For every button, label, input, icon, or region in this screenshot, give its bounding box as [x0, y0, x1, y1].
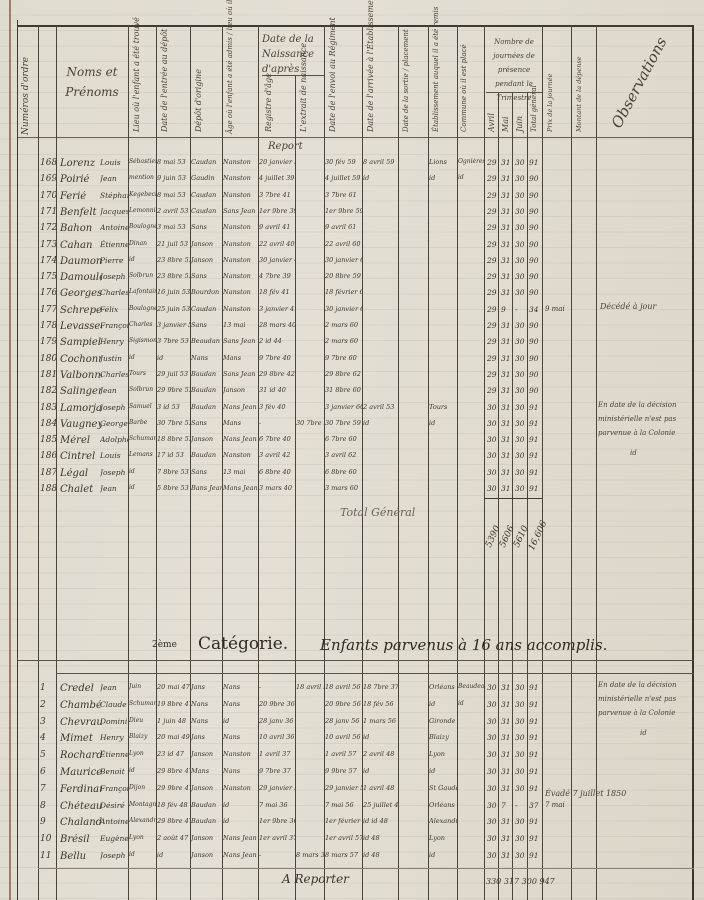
row-number: 7	[40, 784, 56, 794]
days-avril: 30	[487, 784, 498, 793]
etablissement: Gironde	[429, 717, 457, 725]
days-juin: 30	[515, 207, 526, 216]
surname: Lamorjaïe	[60, 403, 102, 414]
days-mai: 31	[501, 484, 512, 493]
placement: 13 mai	[223, 321, 258, 329]
envoi-date: 3 avril 62	[325, 451, 362, 459]
arrivee-date: id id 48	[363, 817, 398, 825]
placement: Nans	[223, 683, 258, 691]
first-name: Georges	[100, 419, 128, 428]
placement: Nans Jean	[223, 435, 258, 443]
row-number: 8	[40, 801, 56, 811]
days-mai: 31	[501, 207, 512, 216]
row-number: 179	[40, 337, 56, 347]
registre-date: 10 avril 36	[259, 733, 295, 741]
entry-date: 18 fév 48	[157, 801, 190, 809]
days-avril: 30	[487, 750, 498, 759]
days-total: 91	[529, 767, 542, 776]
surname: Lorenz	[60, 158, 102, 169]
days-mai: 31	[501, 717, 512, 726]
header-arrivee: Date de l'arrivée à l'Établissement	[366, 0, 375, 132]
first-name: Joseph	[100, 468, 128, 477]
days-juin: 30	[515, 386, 526, 395]
registre-date: 2 id 44	[259, 337, 295, 345]
depot: Bourdon	[191, 288, 222, 296]
placement: Nanston	[223, 272, 258, 280]
placement: Nanston	[223, 158, 258, 166]
birthplace: Schuman	[129, 700, 157, 707]
table-row: 181ValbonneCharlesTours29 juil 53BaudanS…	[0, 367, 704, 382]
header-sortie: Date de la sortie / placement	[402, 29, 411, 132]
etablissement: Alexandre	[429, 817, 457, 825]
category-title: Catégorie.	[198, 634, 288, 654]
days-total: 91	[529, 468, 542, 477]
days-total: 90	[529, 272, 542, 281]
days-mai: 31	[501, 240, 512, 249]
days-avril: 29	[487, 386, 498, 395]
birthplace: Charles	[129, 321, 157, 328]
days-juin: 30	[515, 700, 526, 709]
table-row: 174DaumontPierreid23 8bre 53JansonNansto…	[0, 253, 704, 268]
row-number: 4	[40, 733, 56, 743]
entry-date: 21 juil 53	[157, 240, 190, 248]
row-number: 185	[40, 435, 56, 445]
envoi-date: 9 9bre 57	[325, 767, 362, 775]
depot: Janson	[191, 834, 222, 842]
entry-date: 3 mai 53	[157, 223, 190, 231]
placement: Mans	[223, 419, 258, 427]
days-mai: 31	[501, 733, 512, 742]
birthplace: id	[129, 354, 157, 361]
birthplace: Dinan	[129, 240, 157, 247]
first-name: Claude	[100, 700, 128, 709]
placement: Mans	[223, 354, 258, 362]
registre-date: 3 fév 40	[259, 403, 295, 411]
placement: Nanston	[223, 305, 258, 313]
envoi-date: 30 fév 59	[325, 158, 362, 166]
arrivee-date: 18 7bre 37	[363, 683, 398, 691]
envoi-date: 9 7bre 60	[325, 354, 362, 362]
surname: Ferié	[60, 191, 102, 202]
envoi-date: 10 avril 56	[325, 733, 362, 741]
days-total: 91	[529, 158, 542, 167]
a-reporter-label: A Reporter	[282, 872, 349, 886]
depot: Baudan	[191, 386, 222, 394]
envoi-date: 28 janv 56	[325, 717, 362, 725]
etablissement: id	[429, 851, 457, 859]
surname: Levasseur	[60, 321, 102, 332]
registre-date: 6 7bre 40	[259, 435, 295, 443]
days-avril: 30	[487, 683, 498, 692]
placement: Sans Jean	[223, 207, 258, 215]
birthplace: Lemans	[129, 451, 157, 458]
surname: Poirié	[60, 174, 102, 185]
days-juin: 30	[515, 834, 526, 843]
surname: Damoulé	[60, 272, 102, 283]
header-extrait: L'extrait de naissance	[299, 43, 308, 132]
days-juin: 30	[515, 370, 526, 379]
registre-date: 9 7bre 40	[259, 354, 295, 362]
total-general-label: Total Général	[340, 506, 415, 519]
etablissement: Orléans	[429, 683, 457, 691]
days-mai: 31	[501, 750, 512, 759]
days-avril: 29	[487, 354, 498, 363]
days-juin: 30	[515, 767, 526, 776]
days-juin: 30	[515, 191, 526, 200]
days-total: 91	[529, 403, 542, 412]
row-number: 172	[40, 223, 56, 233]
days-juin: 30	[515, 817, 526, 826]
row-number: 3	[40, 717, 56, 727]
depot: Baudan	[191, 403, 222, 411]
days-juin: 30	[515, 683, 526, 692]
table-row: 11BelluJosephididJansonNans Jean-8 mars …	[0, 848, 704, 863]
depot: Janson	[191, 851, 222, 859]
envoi-date: 20 8bre 59	[325, 272, 362, 280]
entry-date: id	[157, 354, 190, 362]
header-total: Total général	[530, 85, 539, 132]
registre-date: 3 mars 40	[259, 484, 295, 492]
entry-date: 30 7bre 53	[157, 419, 190, 427]
arrivee-date: id	[363, 419, 398, 427]
registre-date: 1 avril 37	[259, 750, 295, 758]
registre-date: 29 8bre 42	[259, 370, 295, 378]
entry-date: 29 9bre 53	[157, 386, 190, 394]
observation-note-id: id	[630, 446, 637, 460]
depot: Baudan	[191, 370, 222, 378]
birthplace: id	[129, 767, 157, 774]
entry-date: 8 mai 53	[157, 158, 190, 166]
envoi-date: 1 avril 57	[325, 750, 362, 758]
entry-date: 9 juin 53	[157, 174, 190, 182]
first-name: Benoit	[100, 767, 128, 776]
row-number: 174	[40, 256, 56, 266]
days-mai: 31	[501, 256, 512, 265]
registre-date: 20 9bre 36	[259, 700, 295, 708]
row-number: 182	[40, 386, 56, 396]
days-avril: 30	[487, 851, 498, 860]
placement: Nanston	[223, 191, 258, 199]
placement: Nanston	[223, 174, 258, 182]
surname: Rochard	[60, 750, 102, 761]
depot: Nans	[191, 717, 222, 725]
placement: Nans Jean	[223, 834, 258, 842]
days-total: 91	[529, 435, 542, 444]
row-number: 11	[40, 851, 56, 861]
etablissement: id	[429, 174, 457, 182]
category-subtitle: Enfants parvenus à 16 ans accomplis.	[320, 636, 607, 654]
days-avril: 29	[487, 158, 498, 167]
placement: Nans	[223, 733, 258, 741]
header-observations: Observations	[612, 36, 667, 129]
first-name: Étienne	[100, 240, 128, 249]
days-mai: 31	[501, 451, 512, 460]
etablissement: St Gaudens	[429, 784, 457, 792]
observation-note-deces: Décédé à jour	[600, 300, 656, 314]
first-name: Henry	[100, 337, 128, 346]
header-envoi: Date de l'envoi au Régiment	[328, 17, 337, 132]
days-avril: 30	[487, 733, 498, 742]
etablissement: id	[429, 700, 457, 708]
table-row: 187LégalJosephid7 8bre 53Sans13 mai6 8br…	[0, 465, 704, 480]
row-number: 187	[40, 468, 56, 478]
depot: Bans Jean	[191, 484, 222, 492]
first-name: François	[100, 784, 128, 793]
birthplace: Lyon	[129, 750, 157, 757]
depot: Nans	[191, 354, 222, 362]
depot: Sans	[191, 272, 222, 280]
days-avril: 30	[487, 767, 498, 776]
surname: Chambége	[60, 700, 102, 711]
days-juin: 30	[515, 851, 526, 860]
header-juin: Juin	[515, 116, 524, 132]
row-number: 186	[40, 451, 56, 461]
surname: Chalet	[60, 484, 102, 495]
birthplace: id	[129, 484, 157, 491]
envoi-date: 29 janvier 57	[325, 784, 362, 792]
depot: Baudan	[191, 801, 222, 809]
days-avril: 29	[487, 240, 498, 249]
header-numero: Numéros d'ordre	[22, 57, 31, 135]
envoi-date: 30 7bre 59	[325, 419, 362, 427]
entry-date: 7 8bre 53	[157, 468, 190, 476]
header-prix: Prix de la journée	[546, 74, 555, 133]
days-mai: 31	[501, 288, 512, 297]
registre-date: 6 8bre 40	[259, 468, 295, 476]
surname: Cintrel	[60, 451, 102, 462]
birthplace: Sébastien	[129, 158, 157, 165]
registre-date: 22 avril 40	[259, 240, 295, 248]
envoi-date: 9 avril 61	[325, 223, 362, 231]
registre-date: 29 janvier 37	[259, 784, 295, 792]
envoi-date: 30 janvier 62	[325, 256, 362, 264]
days-juin: 30	[515, 272, 526, 281]
days-avril: 30	[487, 468, 498, 477]
table-row: 169PoiriéJeanmention9 juin 53GaudinNanst…	[0, 171, 704, 186]
placement: Sans Jean	[223, 337, 258, 345]
placement: Janson	[223, 386, 258, 394]
birthplace: id	[129, 256, 157, 263]
birthplace: Alexandre	[129, 817, 157, 824]
birthplace: Samuel	[129, 403, 157, 410]
placement: Nanston	[223, 223, 258, 231]
registre-date: 4 juillet 39	[259, 174, 295, 182]
registre-date: 20 janvier 39	[259, 158, 295, 166]
days-mai: 31	[501, 784, 512, 793]
days-total: 91	[529, 717, 542, 726]
first-name: Jean	[100, 386, 128, 395]
depot: Sans	[191, 223, 222, 231]
registre-date: 1er avril 37	[259, 834, 295, 842]
days-total: 90	[529, 191, 542, 200]
header-etablissement: Établissement auquel il a été remis	[432, 7, 441, 132]
first-name: Félix	[100, 305, 128, 314]
depot: Caudan	[191, 158, 222, 166]
days-mai: 31	[501, 223, 512, 232]
first-name: Jacques	[100, 207, 128, 216]
row-number: 10	[40, 834, 56, 844]
etablissement: Lyon	[429, 834, 457, 842]
birthplace: Lafontaine	[129, 288, 157, 295]
registre-date: 3 avril 42	[259, 451, 295, 459]
surname: Schreper	[60, 305, 102, 316]
registre-date: -	[259, 419, 295, 427]
days-total: 90	[529, 370, 542, 379]
envoi-date: 30 janvier 61	[325, 305, 362, 313]
row-number: 9	[40, 817, 56, 827]
days-juin: 30	[515, 174, 526, 183]
header-date-naissance: Date de la Naissance d'après	[262, 32, 322, 77]
etablissement: id	[429, 419, 457, 427]
table-row: 178LevasseurFrançoisCharles3 janvier 53S…	[0, 318, 704, 333]
etablissement: Lyon	[429, 750, 457, 758]
surname: Mimet	[60, 733, 102, 744]
registre-date: -	[259, 851, 295, 859]
days-avril: 30	[487, 419, 498, 428]
extrait-date: 18 avril 36	[296, 683, 324, 691]
row-number: 184	[40, 419, 56, 429]
registre-date: 9 7bre 37	[259, 767, 295, 775]
table-row: 4MimetHenryBlaizy20 mai 49JansNans10 avr…	[0, 730, 704, 745]
first-name: Henry	[100, 733, 128, 742]
envoi-date: 31 8bre 60	[325, 386, 362, 394]
entry-date: 3 id 53	[157, 403, 190, 411]
envoi-date: 29 8bre 62	[325, 370, 362, 378]
table-row: 171BenfeltJacquesLemonnier2 avril 53Caud…	[0, 204, 704, 219]
registre-date: 3 janvier 41	[259, 305, 295, 313]
placement: Nans Jean	[223, 851, 258, 859]
row-number: 5	[40, 750, 56, 760]
commune: Ognières	[458, 158, 484, 165]
birthplace: Montagne	[129, 801, 157, 808]
surname: Brésil	[60, 834, 102, 845]
days-total: 91	[529, 851, 542, 860]
envoi-date: 2 mars 60	[325, 337, 362, 345]
days-total: 91	[529, 451, 542, 460]
row-number: 2	[40, 700, 56, 710]
days-total: 34	[529, 305, 542, 314]
surname: Benfelt	[60, 207, 102, 218]
surname: Chéteau	[60, 801, 102, 812]
days-juin: 30	[515, 403, 526, 412]
days-avril: 29	[487, 223, 498, 232]
envoi-date: 7 mai 56	[325, 801, 362, 809]
envoi-date: 3 mars 60	[325, 484, 362, 492]
first-name: Eugène	[100, 834, 128, 843]
row-number: 175	[40, 272, 56, 282]
days-mai: 7	[501, 801, 512, 810]
days-avril: 30	[487, 817, 498, 826]
days-avril: 30	[487, 717, 498, 726]
birthplace: Schuman	[129, 435, 157, 442]
envoi-date: 2 mars 60	[325, 321, 362, 329]
table-row: 182SalingerJeanSolbrun29 9bre 53BaudanJa…	[0, 383, 704, 398]
days-mai: 31	[501, 386, 512, 395]
table-row: 179SampielHenrySigismond3 7bre 53Beaudan…	[0, 334, 704, 349]
envoi-date: 18 avril 56	[325, 683, 362, 691]
header-avril: Avril	[487, 113, 496, 132]
first-name: Adolphe	[100, 435, 128, 444]
category-number: 2ème	[152, 640, 177, 650]
header-lieu: Lieu où l'enfant a été trouvé	[132, 17, 141, 132]
registre-date: 18 fév 41	[259, 288, 295, 296]
arrivee-date: id	[363, 174, 398, 182]
first-name: Joseph	[100, 851, 128, 860]
arrivee-date: 1 mars 56	[363, 717, 398, 725]
envoi-date: 6 8bre 60	[325, 468, 362, 476]
etablissement: id	[429, 767, 457, 775]
days-total: 90	[529, 174, 542, 183]
entry-date: 3 janvier 53	[157, 321, 190, 329]
arrivee-date: id 48	[363, 851, 398, 859]
envoi-date: 4 juillet 59	[325, 174, 362, 182]
days-mai: 31	[501, 419, 512, 428]
row-number: 1	[40, 683, 56, 693]
days-mai: 31	[501, 354, 512, 363]
category-bottom-rule	[56, 673, 694, 674]
first-name: Charles	[100, 288, 128, 297]
registre-date: -	[259, 683, 295, 691]
surname: Salinger	[60, 386, 102, 397]
entry-date: id	[157, 851, 190, 859]
days-juin: 30	[515, 784, 526, 793]
surname: Bahon	[60, 223, 102, 234]
first-name: Jean	[100, 174, 128, 183]
days-avril: 29	[487, 256, 498, 265]
header-depot: Dépôt d'origine	[194, 69, 203, 132]
extrait-date: 8 mars 37	[296, 851, 324, 859]
envoi-date: 3 7bre 61	[325, 191, 362, 199]
registre-date: 9 avril 41	[259, 223, 295, 231]
birthplace: Boulogne	[129, 305, 157, 312]
days-avril: 30	[487, 451, 498, 460]
top-rule	[18, 25, 694, 27]
entry-date: 3 7bre 53	[157, 337, 190, 345]
days-mai: 31	[501, 683, 512, 692]
arrivee-date: 8 avril 59	[363, 158, 398, 166]
report-label: Report	[268, 142, 303, 151]
first-name: Antoine	[100, 817, 128, 826]
prix: 7 mai	[545, 801, 571, 809]
days-total: 91	[529, 419, 542, 428]
days-mai: 31	[501, 468, 512, 477]
first-name: Jean	[100, 683, 128, 692]
days-avril: 29	[487, 207, 498, 216]
birthplace: Kegebeck	[129, 191, 157, 198]
commune: Beaudeau	[458, 683, 484, 690]
entry-date: 8 mai 53	[157, 191, 190, 199]
row-number: 6	[40, 767, 56, 777]
etablissement: Blaizy	[429, 733, 457, 741]
header-date-entree: Date de l'entrée au dépôt	[160, 29, 169, 132]
birthplace: Solbrun	[129, 272, 157, 279]
row-number: 169	[40, 174, 56, 184]
days-juin: 30	[515, 354, 526, 363]
registre-date: 4 7bre 39	[259, 272, 295, 280]
observation-note-id-2: id	[640, 726, 647, 740]
depot: Janson	[191, 750, 222, 758]
a-reporter-values: 330 317 300 947	[486, 877, 555, 886]
placement: Nanston	[223, 784, 258, 792]
entry-date: 23 8bre 53	[157, 272, 190, 280]
surname: Mérel	[60, 435, 102, 446]
days-mai: 31	[501, 851, 512, 860]
surname: Légal	[60, 468, 102, 479]
days-mai: 31	[501, 834, 512, 843]
days-avril: 30	[487, 484, 498, 493]
days-total: 90	[529, 354, 542, 363]
table-row: 5RochardÉtienneLyon23 id 47JansonNanston…	[0, 747, 704, 762]
